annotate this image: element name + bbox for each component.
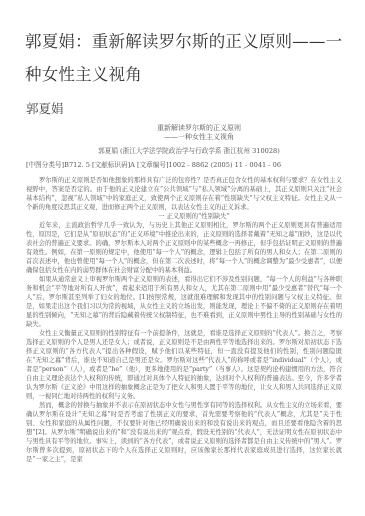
classification-line: [中图分类号]B712. 5 [文献标识码]A [文章编号]1002 - 886… bbox=[26, 160, 344, 171]
author-affiliation: 郭夏娟 (浙江大学法学院政治学与行政学系 浙江杭州 310028) bbox=[34, 146, 344, 157]
abstract-paragraph: 罗尔斯的正义原则是否如他想象的那样具有广泛的包容性？是否真正包含女性的基本权利与… bbox=[24, 176, 344, 212]
body-paragraph: 近年来，主流政治哲学几乎一致认为，与历史上其他正义原则相比，罗尔斯的两个正义原则… bbox=[24, 221, 344, 275]
article-subtitle: ——一种女性主义视角 bbox=[54, 133, 344, 142]
scanned-article: 重新解读罗尔斯的正义原则 ——一种女性主义视角 郭夏娟 (浙江大学法学院政治学与… bbox=[24, 124, 344, 464]
page-title: 郭夏娟：重新解读罗尔斯的正义原则——一种女性主义视角 bbox=[25, 25, 345, 91]
body-paragraph: 女性主义衡量正义原则的性别特征有一个前提条件，这就是，看谁是选择正义原则的“代表… bbox=[24, 329, 344, 401]
article-title: 重新解读罗尔斯的正义原则 bbox=[54, 124, 344, 133]
author-name: 郭夏娟 bbox=[26, 99, 64, 117]
body-paragraph: 然而，概念的替换与抽象并不表示在原初状态中女性与男性享有同等的选择权利。从女性主… bbox=[24, 401, 344, 464]
section-heading: 一 正义原则的“性别缺失” bbox=[44, 212, 344, 221]
body-paragraph: 如果从通常意义上审视罗尔斯两个正义原则的表述，看得出它们不涉及性别问题，“每一个… bbox=[24, 275, 344, 329]
